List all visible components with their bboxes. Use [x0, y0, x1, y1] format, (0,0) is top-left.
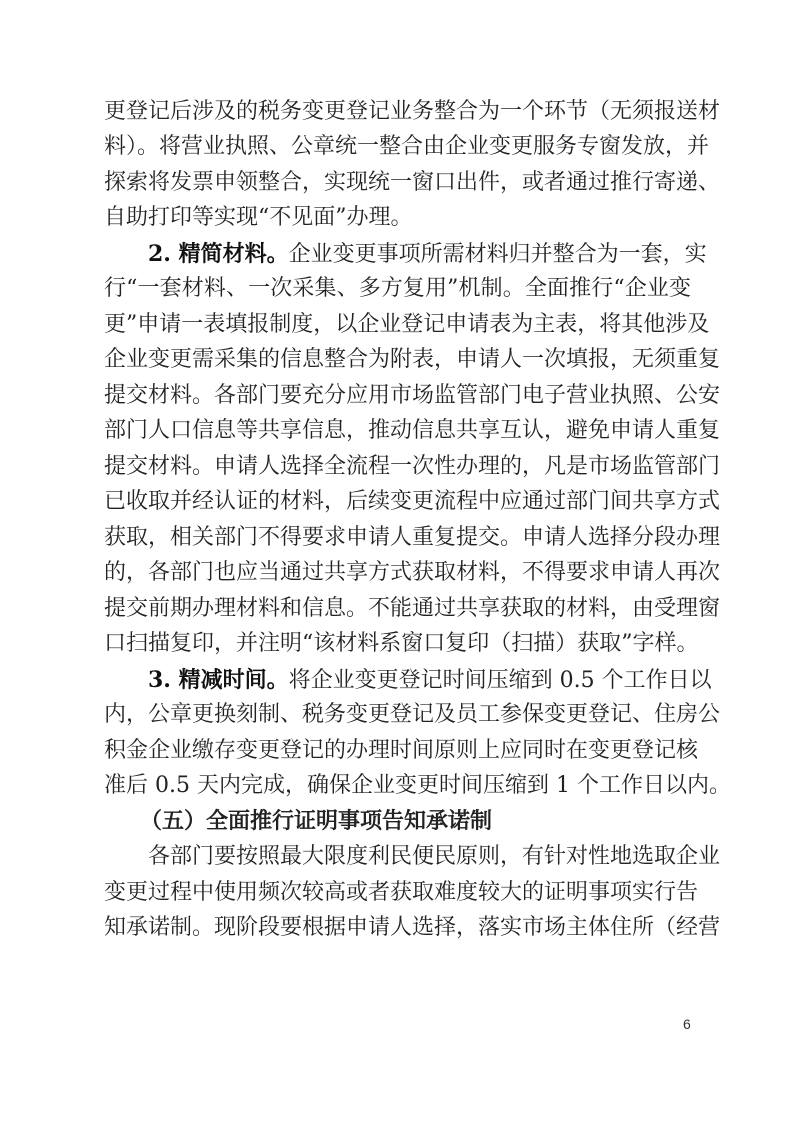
item-2-line: 2. 精简材料。企业变更事项所需材料归并整合为一套，实: [148, 237, 691, 271]
text-line: 变更过程中使用频次较高或者获取难度较大的证明事项实行告: [104, 876, 691, 910]
item-3-text: 将企业变更登记时间压缩到 0.5 个工作日以: [289, 668, 712, 693]
text-line: 提交前期办理材料和信息。不能通过共享获取的材料，由受理窗: [104, 592, 691, 626]
text-line: 自助打印等实现“不见面”办理。: [104, 201, 691, 235]
page-number: 6: [683, 1016, 691, 1032]
text-line: 行“一套材料、一次采集、多方复用”机制。全面推行“企业变: [104, 272, 691, 306]
text-line: 更”申请一表填报制度，以企业登记申请表为主表，将其他涉及: [104, 308, 691, 342]
item-2-text: 企业变更事项所需材料归并整合为一套，实: [289, 242, 707, 267]
text-line: 获取，相关部门不得要求申请人重复提交。申请人选择分段办理: [104, 521, 691, 555]
text-line: 积金企业缴存变更登记的办理时间原则上应同时在变更登记核: [104, 734, 691, 768]
text-line: 企业变更需采集的信息整合为附表，申请人一次填报，无须重复: [104, 343, 691, 377]
text-line: 料）。将营业执照、公章统一整合由企业变更服务专窗发放，并: [104, 130, 691, 164]
text-line: 提交材料。申请人选择全流程一次性办理的，凡是市场监管部门: [104, 450, 691, 484]
text-line: 口扫描复印，并注明“该材料系窗口复印（扫描）获取”字样。: [104, 627, 691, 661]
text-line: 已收取并经认证的材料，后续变更流程中应通过部门间共享方式: [104, 485, 691, 519]
item-3-line: 3. 精减时间。将企业变更登记时间压缩到 0.5 个工作日以: [148, 663, 691, 697]
text-line: 内，公章更换刻制、税务变更登记及员工参保变更登记、住房公: [104, 698, 691, 732]
text-line: 更登记后涉及的税务变更登记业务整合为一个环节（无须报送材: [104, 95, 691, 129]
item-3-label: 3. 精减时间。: [148, 667, 289, 693]
section-5-first-line: 各部门要按照最大限度利民便民原则，有针对性地选取企业: [148, 840, 691, 874]
document-page: 更登记后涉及的税务变更登记业务整合为一个环节（无须报送材 料）。将营业执照、公章…: [0, 0, 793, 1121]
text-line: 准后 0.5 天内完成，确保企业变更时间压缩到 1 个工作日以内。: [104, 769, 691, 803]
section-heading: （五）全面推行证明事项告知承诺制: [140, 805, 683, 839]
text-line: 部门人口信息等共享信息，推动信息共享互认，避免申请人重复: [104, 414, 691, 448]
text-line: 提交材料。各部门要充分应用市场监管部门电子营业执照、公安: [104, 379, 691, 413]
text-line: 探索将发票申领整合，实现统一窗口出件，或者通过推行寄递、: [104, 166, 691, 200]
text-line: 知承诺制。现阶段要根据申请人选择，落实市场主体住所（经营: [104, 911, 691, 945]
item-2-label: 2. 精简材料。: [148, 241, 289, 267]
text-line: 的，各部门也应当通过共享方式获取材料，不得要求申请人再次: [104, 556, 691, 590]
